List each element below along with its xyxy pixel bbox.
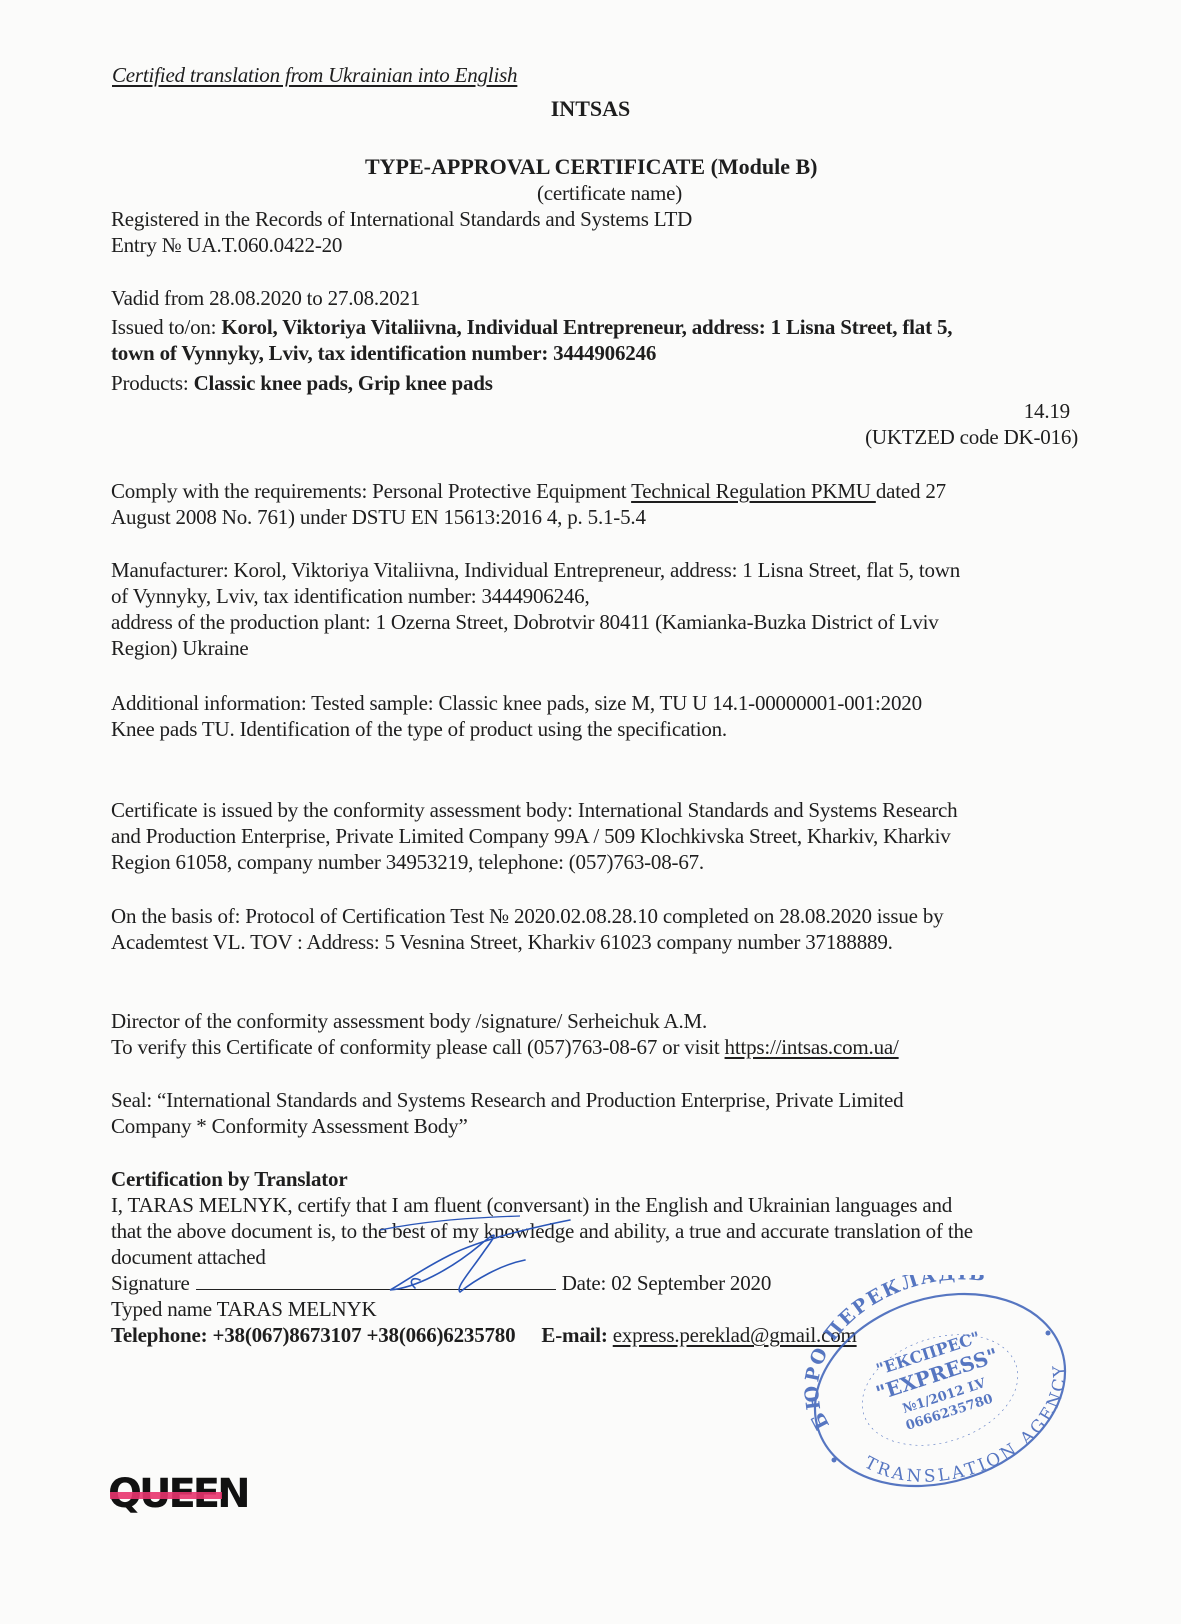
verify-prefix: To verify this Certificate of conformity… <box>111 1035 725 1059</box>
translation-note: Certified translation from Ukrainian int… <box>112 62 517 88</box>
queen-brand-logo: QUEEN <box>108 1476 244 1514</box>
issued-label: Issued to/on: <box>111 315 221 339</box>
signature-date: Date: 02 September 2020 <box>562 1271 771 1295</box>
manufacturer-line: Manufacturer: Korol, Viktoriya Vitaliivn… <box>111 557 960 583</box>
registered-line: Registered in the Records of Internation… <box>111 206 692 232</box>
products-label: Products: <box>111 371 194 395</box>
issuer-line: Certificate is issued by the conformity … <box>111 797 957 823</box>
email-label: E-mail: <box>541 1323 612 1347</box>
typed-name: Typed name TARAS MELNYK <box>111 1296 376 1322</box>
organization-title: INTSAS <box>0 96 1181 122</box>
handwritten-signature-icon <box>360 1210 580 1300</box>
issued-to-line-2: town of Vynnyky, Lviv, tax identificatio… <box>111 340 656 366</box>
translator-section-title: Certification by Translator <box>111 1166 347 1192</box>
comply-suffix: dated 27 <box>876 479 946 503</box>
products-line: Products: Classic knee pads, Grip knee p… <box>111 370 493 396</box>
issuer-line: and Production Enterprise, Private Limit… <box>111 823 951 849</box>
product-code: 14.19 <box>0 398 1070 424</box>
certificate-title: TYPE-APPROVAL CERTIFICATE (Module B) <box>365 154 818 180</box>
director-line: Director of the conformity assessment bo… <box>111 1008 707 1034</box>
manufacturer-line: Region) Ukraine <box>111 635 249 661</box>
additional-info-line: Additional information: Tested sample: C… <box>111 690 922 716</box>
issued-to-line-1: Issued to/on: Korol, Viktoriya Vitaliivn… <box>111 314 952 340</box>
product-code-label: (UKTZED code DK-016) <box>0 424 1078 450</box>
manufacturer-line: address of the production plant: 1 Ozern… <box>111 609 939 635</box>
entry-number: Entry № UA.T.060.0422-20 <box>111 232 342 258</box>
translator-contact: Telephone: +38(067)8673107 +38(066)62357… <box>111 1322 857 1348</box>
translation-agency-stamp-icon: БЮРО ПЕРЕКЛАДІВ TRANSLATION AGENCY "ЕКСП… <box>790 1275 1080 1505</box>
seal-line: Company * Conformity Assessment Body” <box>111 1113 468 1139</box>
comply-line-1: Comply with the requirements: Personal P… <box>111 478 946 504</box>
manufacturer-line: of Vynnyky, Lviv, tax identification num… <box>111 583 590 609</box>
comply-prefix: Comply with the requirements: Personal P… <box>111 479 631 503</box>
translator-telephone: Telephone: +38(067)8673107 +38(066)62357… <box>111 1323 515 1347</box>
brand-logo-accent-bar <box>110 1492 222 1499</box>
certificate-page: Certified translation from Ukrainian int… <box>0 0 1181 1624</box>
verify-link[interactable]: https://intsas.com.ua/ <box>725 1035 899 1059</box>
products-value: Classic knee pads, Grip knee pads <box>194 371 493 395</box>
seal-line: Seal: “International Standards and Syste… <box>111 1087 903 1113</box>
validity-period: Vadid from 28.08.2020 to 27.08.2021 <box>111 285 420 311</box>
basis-line: Academtest VL. TOV : Address: 5 Vesnina … <box>111 929 893 955</box>
additional-info-line: Knee pads TU. Identification of the type… <box>111 716 727 742</box>
signature-label: Signature <box>111 1271 190 1295</box>
basis-line: On the basis of: Protocol of Certificati… <box>111 903 943 929</box>
comply-line-2: August 2008 No. 761) under DSTU EN 15613… <box>111 504 646 530</box>
issuer-line: Region 61058, company number 34953219, t… <box>111 849 704 875</box>
certificate-subtitle: (certificate name) <box>537 180 682 206</box>
issued-value: Korol, Viktoriya Vitaliivna, Individual … <box>221 315 952 339</box>
translator-statement-line: document attached <box>111 1244 266 1270</box>
technical-regulation-link[interactable]: Technical Regulation PKMU <box>631 479 876 503</box>
verify-line: To verify this Certificate of conformity… <box>111 1034 899 1060</box>
